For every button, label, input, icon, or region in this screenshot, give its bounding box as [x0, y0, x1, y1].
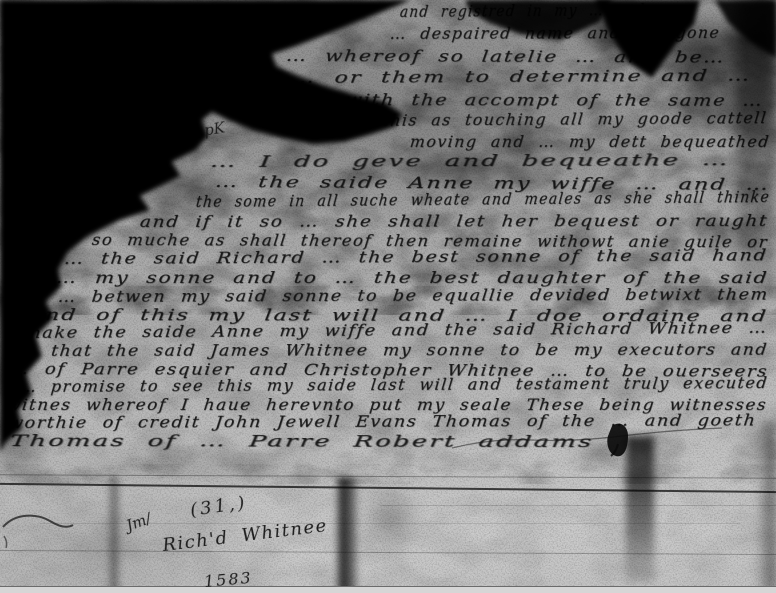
pen-marks-layer [0, 0, 776, 593]
line-flourish [452, 428, 722, 448]
pen-squiggle-tail [4, 536, 7, 548]
ink-blot [607, 424, 628, 457]
pen-mark: pK [203, 118, 227, 139]
manuscript-scan: and registred in my … and …… despaired n… [0, 0, 776, 593]
pen-squiggle [3, 516, 73, 527]
